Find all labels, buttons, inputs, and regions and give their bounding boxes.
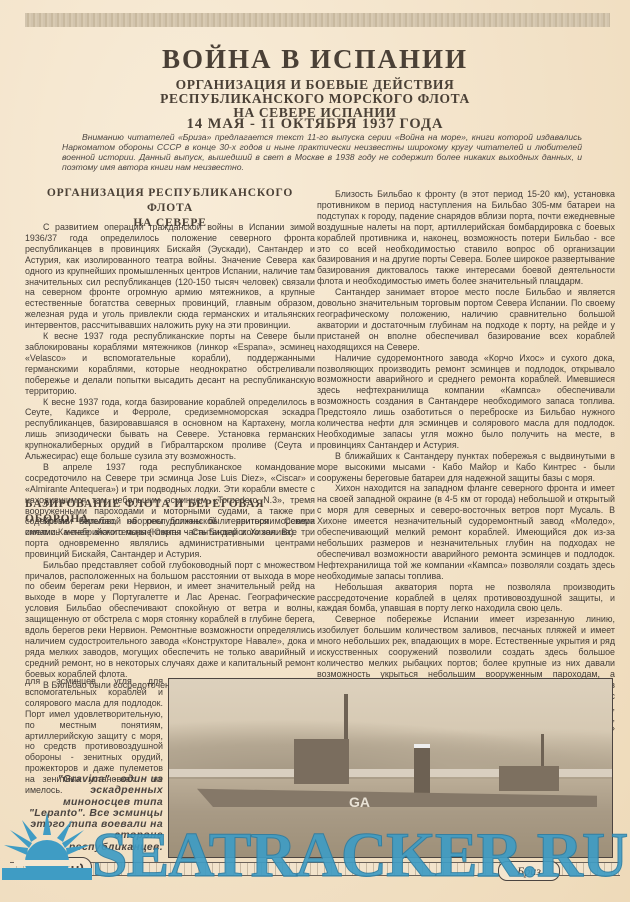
paragraph: В ближайших к Сантандеру пунктах побереж…: [317, 451, 615, 484]
watermark-text: SEATRACKER.RU: [92, 820, 630, 890]
photo-ship-bridge: [294, 739, 349, 784]
paragraph: К весне 1937 года, когда базирование кор…: [25, 397, 315, 462]
paragraph: Бильбао представляет собой глубоководный…: [25, 560, 315, 680]
section-organization-body: С развитием операций гражданской войны в…: [25, 222, 315, 538]
paragraph: Кроме Бильбао, на республиканской террит…: [25, 516, 315, 560]
paragraph: Сантандер занимает второе место после Би…: [317, 287, 615, 352]
paragraph: Хихон находится на западном фланге север…: [317, 483, 615, 581]
date-range: 14 МАЯ - 11 ОКТЯБРЯ 1937 ГОДА: [0, 116, 630, 133]
decorative-top-stripe: [25, 13, 610, 27]
paragraph: Наличие судоремонтного завода «Корчо Ихо…: [317, 353, 615, 451]
paragraph: С развитием операций гражданской войны в…: [25, 222, 315, 331]
pennant-number: GA: [349, 794, 370, 810]
subtitle-line: РЕСПУБЛИКАНСКОГО МОРСКОГО ФЛОТА: [0, 92, 630, 106]
watermark-sun-icon: [2, 810, 92, 880]
paragraph: Близость Бильбао к фронту (в этот период…: [317, 189, 615, 287]
photo-ship-aft-structure: [499, 766, 559, 791]
paragraph: К весне 1937 года республиканские порты …: [25, 331, 315, 396]
subtitle-line: ОРГАНИЗАЦИЯ И БОЕВЫЕ ДЕЙСТВИЯ: [0, 78, 630, 92]
page-title: ВОЙНА В ИСПАНИИ: [0, 44, 630, 75]
heading-line: ОРГАНИЗАЦИЯ РЕСПУБЛИКАНСКОГО ФЛОТА: [25, 186, 315, 216]
section-basing-body: Кроме Бильбао, на республиканской террит…: [25, 516, 315, 691]
photo-ship-funnel: [414, 744, 430, 798]
paragraph: Небольшая акватория порта не позволяла п…: [317, 582, 615, 615]
page-subtitle: ОРГАНИЗАЦИЯ И БОЕВЫЕ ДЕЙСТВИЯ РЕСПУБЛИКА…: [0, 78, 630, 120]
editor-intro: Вниманию читателей «Бриза» предлагается …: [62, 132, 582, 172]
right-column-body: Близость Бильбао к фронту (в этот период…: [317, 189, 615, 745]
